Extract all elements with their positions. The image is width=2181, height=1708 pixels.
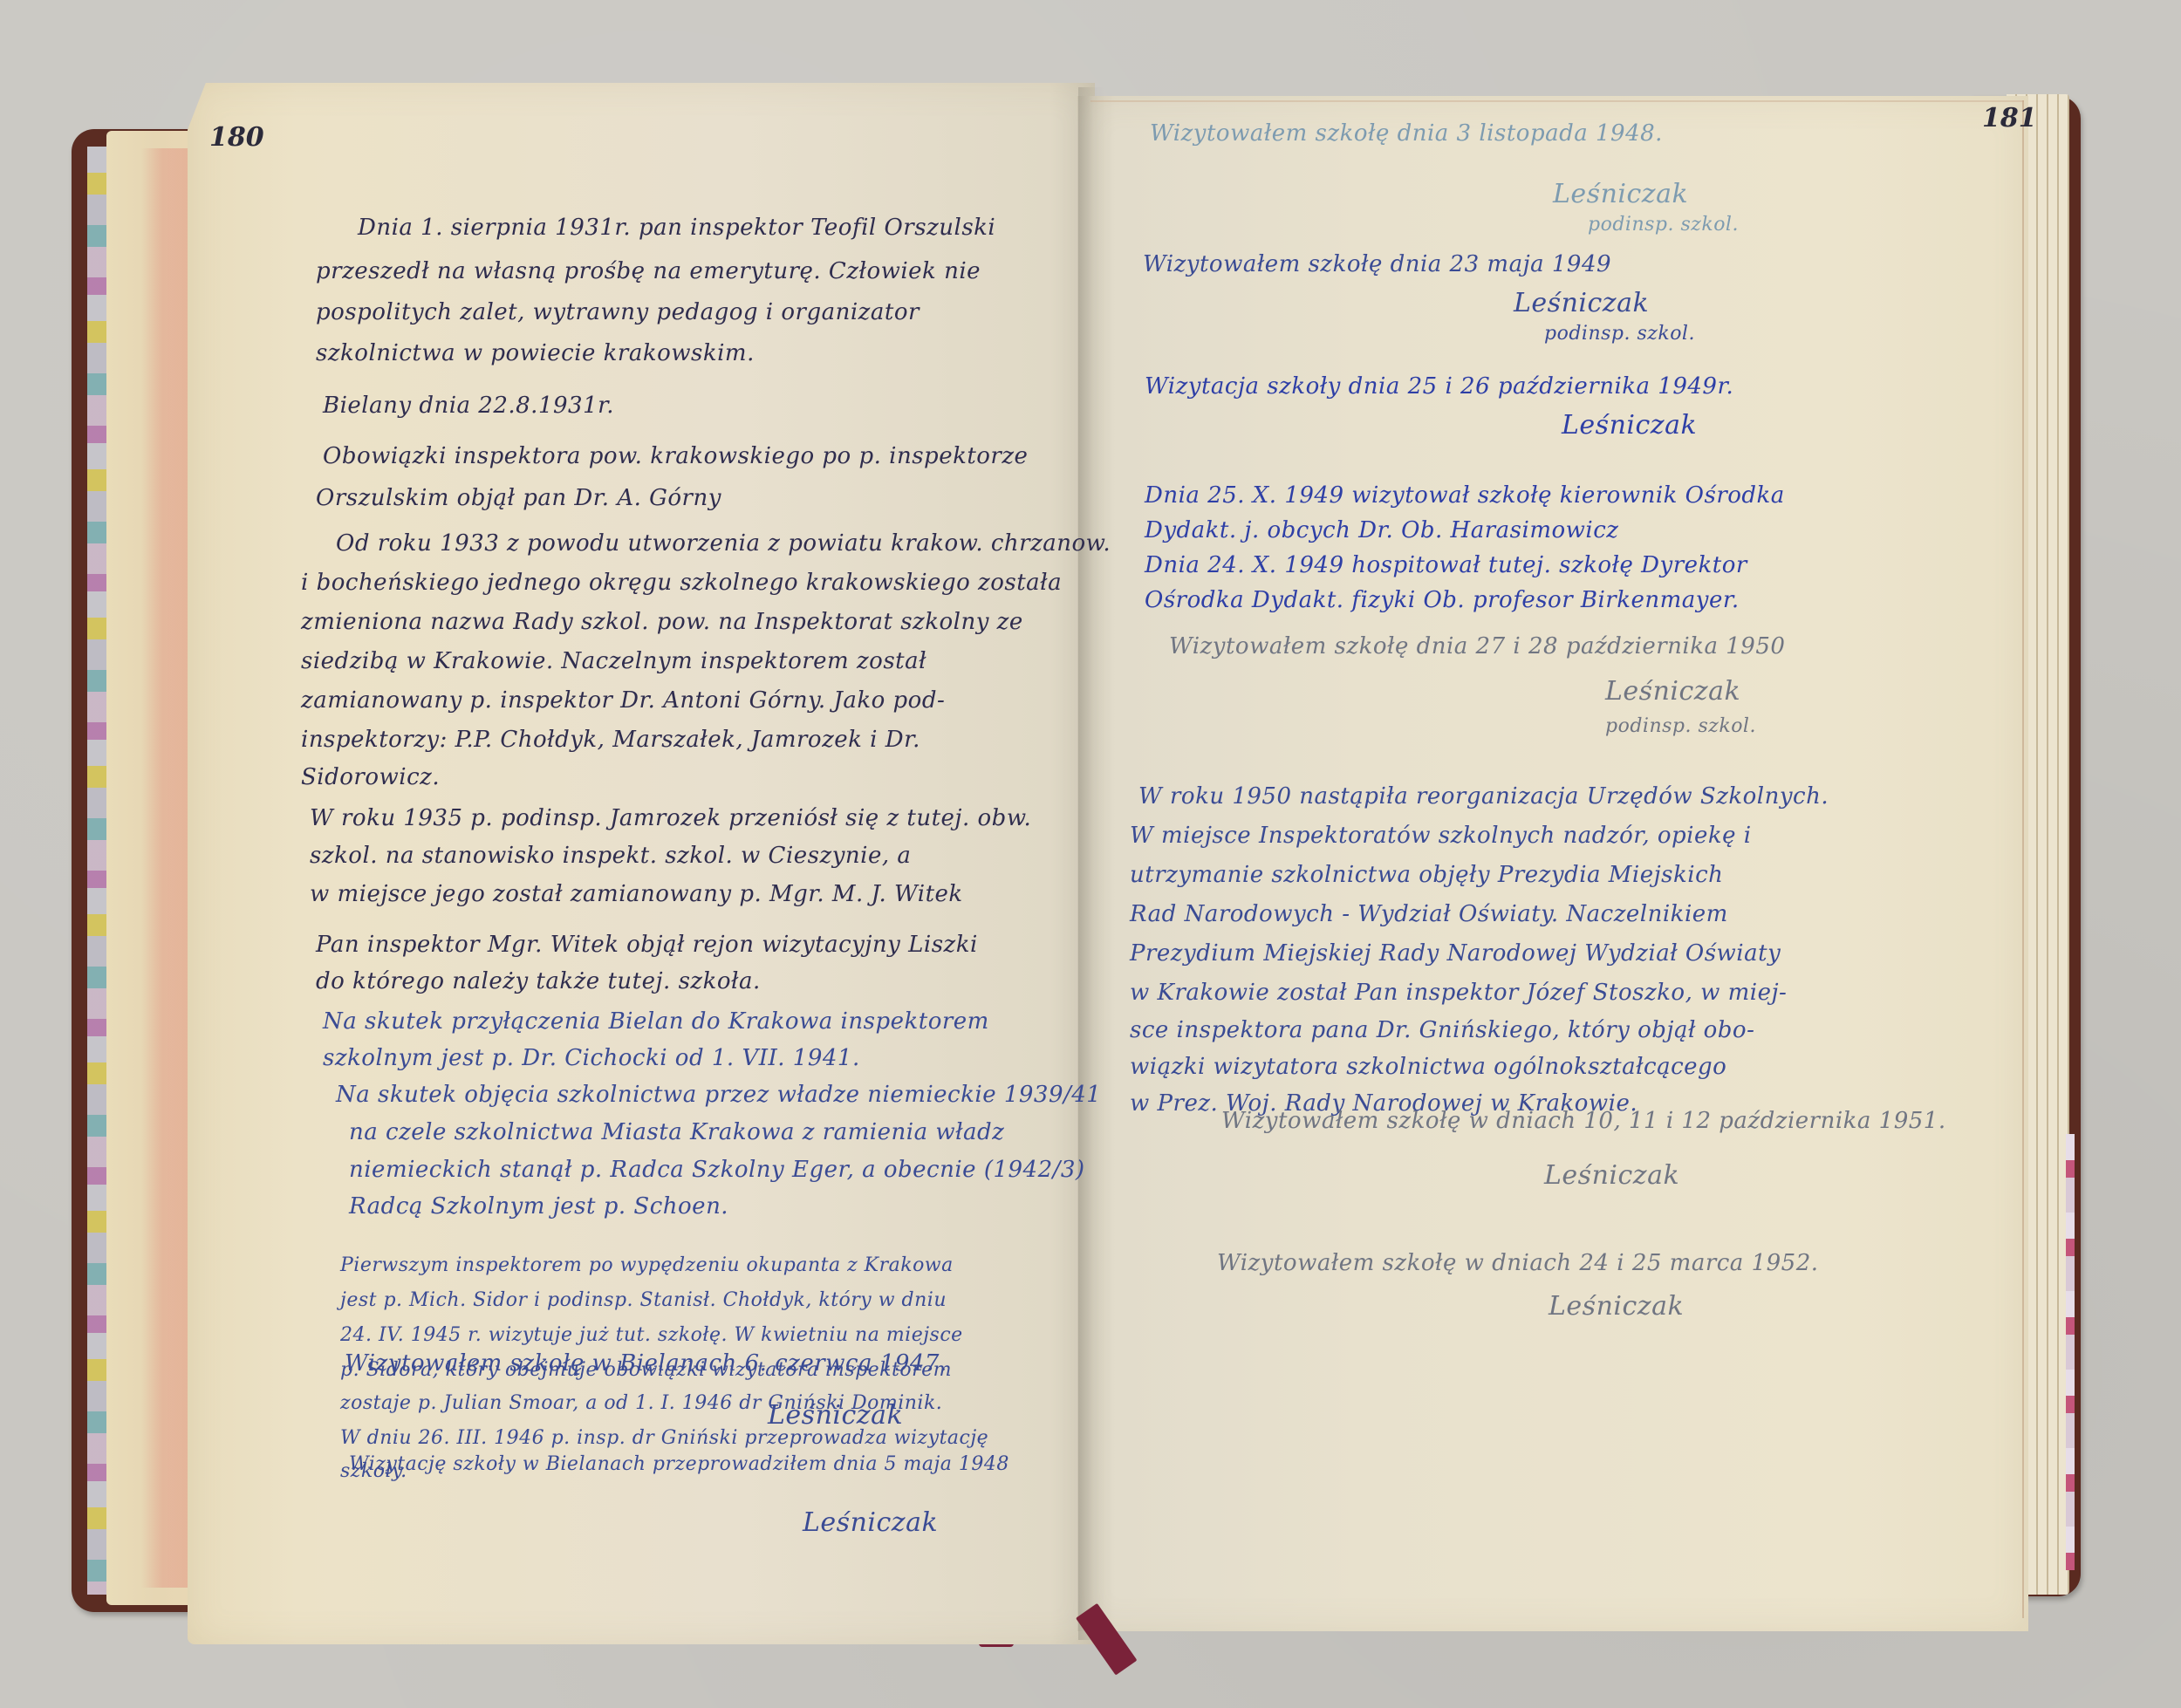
text-line: na czele szkolnictwa Miasta Krakowa z ra… [349,1121,1004,1144]
text-line: do którego należy także tutej. szkoła. [316,970,761,993]
signature: Leśniczak [1553,179,1688,209]
page-number-left: 180 [209,122,264,153]
text-line: Wizytowałem szkołę w dniach 24 i 25 marc… [1217,1252,1819,1274]
text-line: pospolitych zalet, wytrawny pedagog i or… [316,301,920,324]
text-line: Ośrodka Dydakt. fizyki Ob. profesor Birk… [1145,589,1740,611]
text-line: Pan inspektor Mgr. Witek objął rejon wiz… [316,933,978,956]
entry-1947-line: Wizytowałem szkołę w Bielanach 6. czerwc… [345,1352,947,1375]
text-line: Wizytowałem szkołę dnia 3 listopada 1948… [1150,122,1663,145]
text-line: Rad Narodowych - Wydział Oświaty. Naczel… [1130,903,1728,926]
signature: Leśniczak [803,1507,938,1538]
text-line: w Krakowie został Pan inspektor Józef St… [1130,981,1787,1004]
text-line: Obowiązki inspektora pow. krakowskiego p… [323,445,1028,468]
endpaper-right [2066,1134,2075,1570]
text-line: Wizytowałem szkołę dnia 27 i 28 paździer… [1169,635,1785,658]
text-line: szkolnictwa w powiecie krakowskim. [316,342,755,365]
signature-title: podinsp. szkol. [1544,323,1695,345]
signature-title: podinsp. szkol. [1588,214,1739,236]
text-line: utrzymanie szkolnictwa objęły Prezydia M… [1130,864,1723,886]
page-number-right: 181 [1982,103,2037,133]
signature: Leśniczak [1605,676,1740,707]
text-line: W miejsce Inspektoratów szkolnych nadzór… [1130,824,1752,847]
text-line: Radcą Szkolnym jest p. Schoen. [349,1195,728,1218]
text-line: Dnia 1. sierpnia 1931r. pan inspektor Te… [358,216,995,239]
signature: Leśniczak [768,1400,903,1431]
text-line: i bocheńskiego jednego okręgu szkolnego … [301,571,1062,594]
signature: Leśniczak [1514,288,1649,318]
signature: Leśniczak [1544,1160,1679,1191]
text-line: 24. IV. 1945 r. wizytuje już tut. szkołę… [340,1324,963,1346]
text-line: jest p. Mich. Sidor i podinsp. Stanisł. … [340,1289,947,1311]
text-line: Wizytowałem szkołę dnia 23 maja 1949 [1143,253,1611,276]
text-line: Prezydium Miejskiej Rady Narodowej Wydzi… [1130,942,1781,965]
text-line: szkolnym jest p. Dr. Cichocki od 1. VII.… [323,1047,860,1069]
signature: Leśniczak [1562,410,1697,441]
text-line: W roku 1950 nastąpiła reorganizacja Urzę… [1138,785,1829,808]
text-line: Na skutek objęcia szkolnictwa przez wład… [336,1083,1101,1106]
text-line: W roku 1935 p. podinsp. Jamrozek przenió… [310,807,1031,830]
text-line: Sidorowicz. [301,766,440,789]
text-line: szkol. na stanowisko inspekt. szkol. w C… [310,844,911,867]
text-line: Na skutek przyłączenia Bielan do Krakowa… [323,1010,989,1033]
text-line: zmieniona nazwa Rady szkol. pow. na Insp… [301,611,1023,633]
text-line: Pierwszym inspektorem po wypędzeniu okup… [340,1254,954,1276]
signature-title: podinsp. szkol. [1605,715,1756,737]
text-line: Dnia 24. X. 1949 hospitował tutej. szkoł… [1145,554,1747,577]
text-line: wiązki wizytatora szkolnictwa ogólnokszt… [1130,1056,1726,1078]
text-line: Dnia 25. X. 1949 wizytował szkołę kierow… [1145,484,1785,507]
text-line: Orszulskim objął pan Dr. A. Górny [316,487,721,509]
text-line: inspektorzy: P.P. Chołdyk, Marszałek, Ja… [301,728,920,751]
text-line: w miejsce jego został zamianowany p. Mgr… [310,883,963,905]
text-line: sce inspektora pana Dr. Gnińskiego, któr… [1130,1019,1754,1042]
text-line: przeszedł na własną prośbę na emeryturę.… [316,260,981,283]
text-line: siedzibą w Krakowie. Naczelnym inspektor… [301,650,926,673]
text-line: zamianowany p. inspektor Dr. Antoni Górn… [301,689,945,712]
text-line: Dydakt. j. obcych Dr. Ob. Harasimowicz [1145,519,1618,542]
entry-bielany-date: Bielany dnia 22.8.1931r. [323,394,614,417]
text-line: Wizytacja szkoły dnia 25 i 26 październi… [1145,375,1733,398]
book-gutter [1078,87,1104,1640]
page-rule-right [2022,100,2024,1618]
text-line: niemieckich stanął p. Radca Szkolny Eger… [349,1158,1085,1181]
signature: Leśniczak [1549,1291,1684,1322]
entry-1948-may-line: Wizytację szkoły w Bielanach przeprowadz… [349,1455,1009,1474]
text-line: Wizytowałem szkołę w dniach 10, 11 i 12 … [1221,1110,1946,1132]
endpaper-left [87,147,108,1595]
text-line: Od roku 1933 z powodu utworzenia z powia… [336,532,1111,555]
page-rule-top [1090,100,2024,102]
